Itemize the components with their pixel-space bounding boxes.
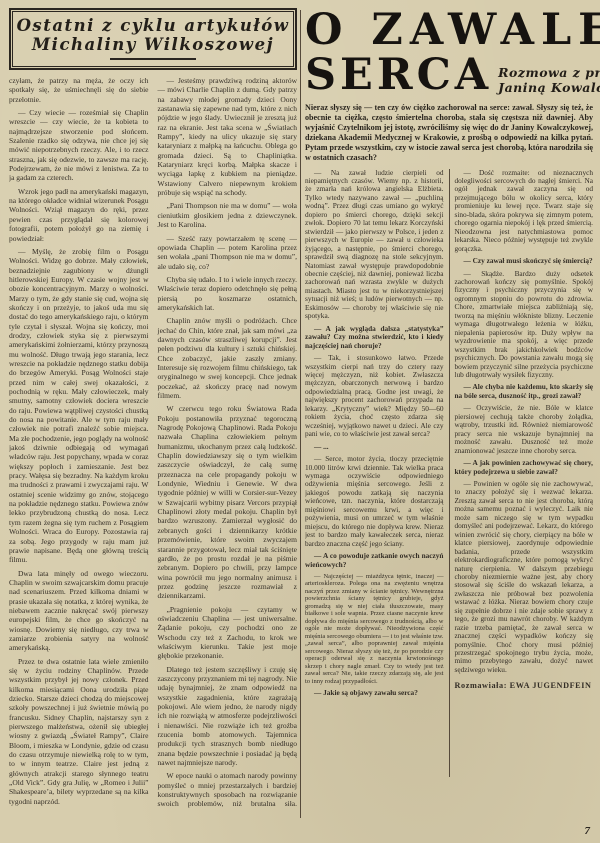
article-zawal-body: — Na zawał ludzie cierpieli od niepamięt…: [305, 169, 593, 777]
subhead-line2: Janiną Kowalczykową: [498, 81, 600, 96]
paragraph: Przez te dwa ostatnie lata wiele zmienił…: [9, 657, 149, 807]
article-chaplin-title-box: Ostatni z cyklu artykułów Michaliny Wilk…: [9, 8, 297, 70]
article-chaplin-title-line2: Michaliny Wilkoszowej: [11, 35, 295, 54]
paragraph: Wzrok jego padł na amerykański magazyn, …: [9, 187, 149, 243]
headline-row: SERCA Rozmowa z prof. dr Janiną Kowalczy…: [305, 54, 593, 96]
paragraph: „Pragnienie pokoju — czytamy w oświadcze…: [158, 605, 298, 661]
paragraph: — Sześć razy powtarzałem tę scenę — opow…: [158, 234, 298, 271]
paragraph: — ...: [305, 443, 444, 451]
paragraph: — Jesteśmy prawdziwą rodziną aktorów — m…: [158, 76, 298, 197]
paragraph: Chyba się udało. I to i wiele innych rze…: [158, 275, 298, 312]
article-chaplin-body: czyłam, że patrzy na męża, że oczy ich s…: [9, 76, 297, 818]
title-underline-rule: [110, 58, 196, 60]
paragraph: — Czy zawał musi skończyć się śmiercią?: [455, 257, 594, 265]
paragraph: — Myślę, że zrobię film o Posągu Wolnośc…: [9, 247, 149, 565]
paragraph: — Jakie są objawy zawału serca?: [305, 689, 444, 697]
column-divider-rule: [300, 10, 301, 818]
paragraph: Dlatego też jestem szczęśliwy i czuję si…: [158, 665, 298, 768]
paragraph: Chaplin znów myśli o podróżach. Chce jec…: [158, 316, 298, 400]
headline-line1: O ZAWALE: [305, 8, 593, 52]
newspaper-page: Ostatni z cyklu artykułów Michaliny Wilk…: [0, 0, 600, 843]
paragraph: — Najczęściej — miażdżyca tętnic, inacze…: [305, 573, 444, 686]
page-number: 7: [585, 825, 591, 837]
headline-line2: SERCA: [305, 54, 492, 96]
paragraph: „Pani Thompson nie ma w domu” — woła cie…: [158, 201, 298, 229]
paragraph: — Skądże. Bardzo duży odsetek zachorowań…: [455, 270, 594, 380]
paragraph: — A jak powinien zachowywać się chory, k…: [455, 459, 594, 476]
article-chaplin: Ostatni z cyklu artykułów Michaliny Wilk…: [9, 8, 297, 820]
paragraph: — Oczywiście, że nie. Bóle w klatce pier…: [455, 404, 594, 455]
paragraph: — Serce, motor życia, tłoczy przeciętnie…: [305, 455, 444, 548]
article-zawal-intro: Nieraz słyszy się — ten czy ów ciężko za…: [305, 103, 593, 164]
paragraph: — Dość rozmaite: od nieznacznych dolegli…: [455, 169, 594, 254]
paragraph: — Tak, i stosunkowo łatwo. Przede wszyst…: [305, 354, 444, 439]
paragraph: — A co powoduje zatkanie owych naczyń wi…: [305, 552, 444, 569]
article-chaplin-title-line1: Ostatni z cyklu artykułów: [11, 16, 295, 35]
paragraph: — Ale chyba nie każdemu, kto skarży się …: [455, 383, 594, 400]
subhead-line1: Rozmowa z prof. dr: [498, 66, 600, 81]
paragraph: — A jak wygląda dalsza „statystyka” zawa…: [305, 325, 444, 350]
paragraph: — Na zawał ludzie cierpieli od niepamięt…: [305, 169, 444, 321]
paragraph: Rozmawiała: EWA JUGENDFEIN: [455, 682, 594, 690]
article-zawal-headline-block: O ZAWALE SERCA Rozmowa z prof. dr Janiną…: [305, 8, 593, 96]
subhead: Rozmowa z prof. dr Janiną Kowalczykową: [498, 66, 600, 96]
paragraph: — Powinien w ogóle się nie zachowywać, t…: [455, 480, 594, 674]
paragraph: W czerwcu tego roku Światowa Rada Pokoju…: [158, 404, 298, 600]
paragraph: — Czy wiecie — roześmiał się Chaplin wre…: [9, 108, 149, 183]
article-zawal-serca: O ZAWALE SERCA Rozmowa z prof. dr Janiną…: [305, 8, 593, 828]
paragraph: Dwa lata minęły od owego wieczoru. Chapl…: [9, 569, 149, 653]
paragraph: czyłam, że patrzy na męża, że oczy ich s…: [9, 76, 149, 104]
